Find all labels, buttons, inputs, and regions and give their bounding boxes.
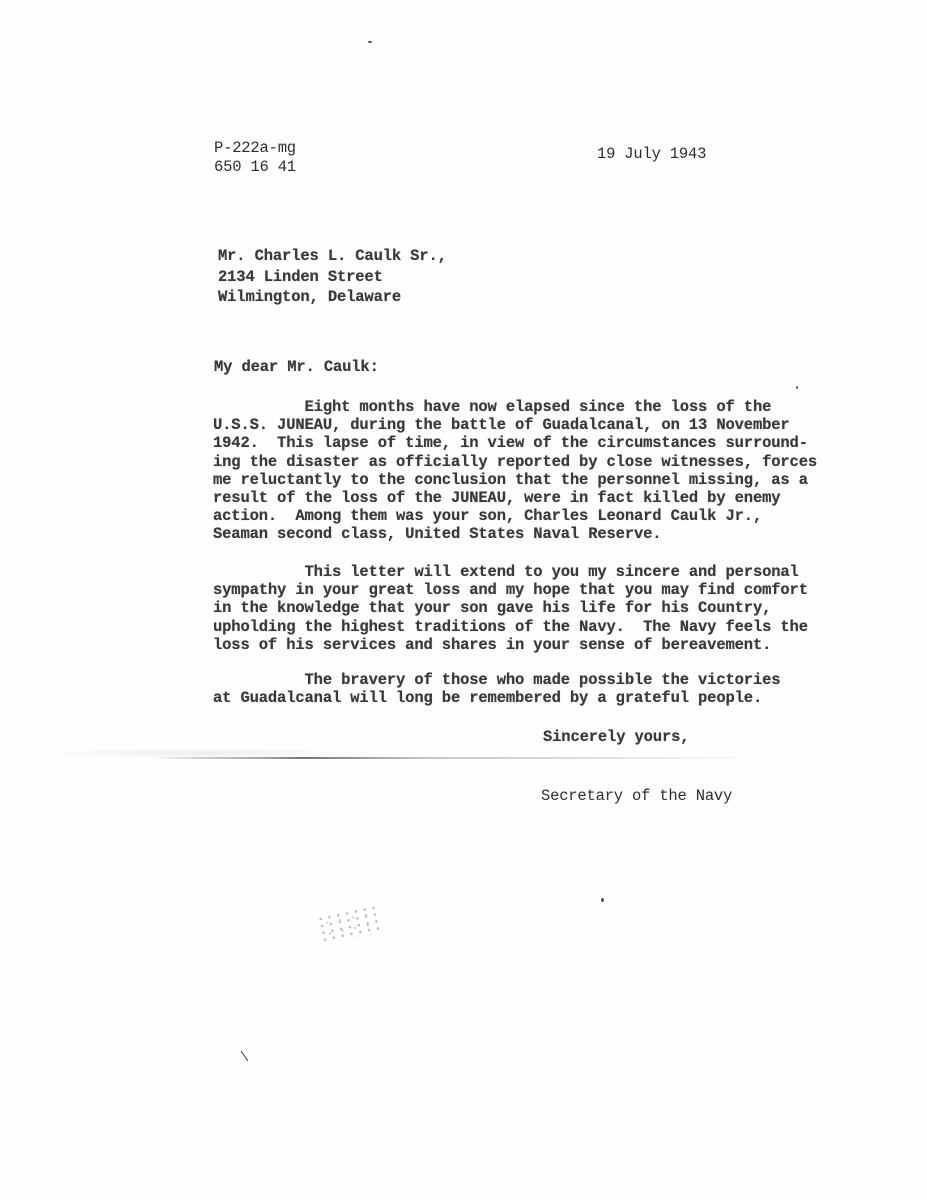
body-paragraph-1: Eight months have now elapsed since the … (213, 398, 853, 544)
letter-page: P-222a-mg 650 16 41 19 July 1943 Mr. Cha… (0, 0, 927, 1200)
recipient-city: Wilmington, Delaware (218, 287, 447, 308)
salutation: My dear Mr. Caulk: (214, 357, 379, 377)
paper-speckles (316, 904, 381, 946)
body-paragraph-2: This letter will extend to you my sincer… (213, 563, 853, 654)
signature-line (150, 757, 760, 759)
reference-code: P-222a-mg 650 16 41 (214, 139, 296, 177)
closing: Sincerely yours, (543, 727, 689, 747)
paper-speck (796, 386, 798, 389)
recipient-name: Mr. Charles L. Caulk Sr., (218, 246, 447, 267)
paper-mark (241, 1051, 249, 1061)
reference-line-1: P-222a-mg (214, 139, 296, 158)
recipient-address: Mr. Charles L. Caulk Sr., 2134 Linden St… (218, 246, 447, 308)
paper-speck (368, 41, 372, 43)
signatory-title: Secretary of the Navy (541, 786, 732, 806)
paper-speck (601, 898, 604, 902)
recipient-street: 2134 Linden Street (218, 267, 447, 288)
body-paragraph-3: The bravery of those who made possible t… (213, 671, 853, 707)
letter-date: 19 July 1943 (597, 145, 706, 164)
reference-line-2: 650 16 41 (214, 158, 296, 177)
